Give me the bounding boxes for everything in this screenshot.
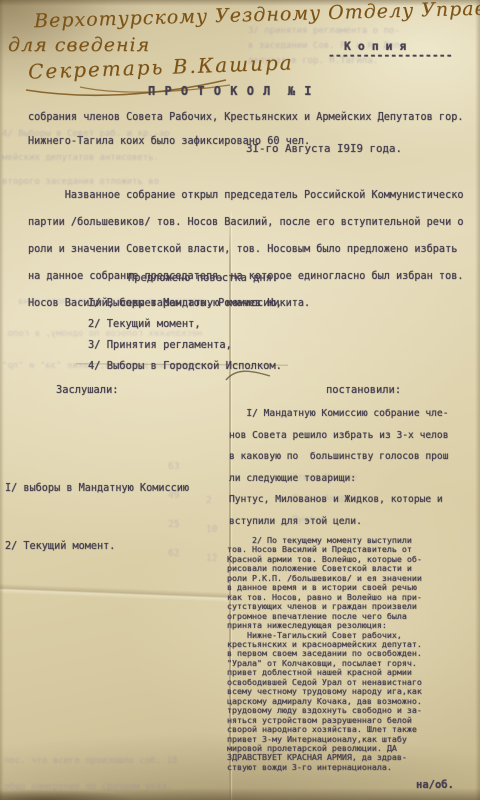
heard-item-1: I/ выборы в Мандатную Комиссию <box>5 483 189 494</box>
text-line: вступили для этой цели. <box>229 511 480 533</box>
pen-mark <box>224 366 276 384</box>
text-line: собрания членов Совета Рабочих, Крестьян… <box>28 106 463 130</box>
text-line: 3/ принятия регламента о по- <box>248 24 405 39</box>
bleed-through-numbers: 21012 <box>206 486 217 573</box>
agenda-heading: Предложено повестка дня: <box>128 272 278 284</box>
text-line: в каковую по большинству голосов прош <box>229 446 480 468</box>
text-line: 12 <box>206 544 217 573</box>
text-line: Пунтус, Милованов и Жидков, которые и <box>229 489 480 511</box>
text-line: ствуют вожди 3-го интернационала. <box>227 763 480 772</box>
resolution-1-text: I/ Мандатную Комиссию собрание чле-нов С… <box>229 403 480 532</box>
bleed-through-text: пос. что всего произошло соб. 18общо нам… <box>4 748 177 800</box>
text-line: Названное собрание открыл председатель Р… <box>28 182 480 209</box>
page-marker: на/об. <box>416 779 454 791</box>
agenda-list: I/ Выборы в Мандатную комиссию,2/ Текущи… <box>88 293 282 377</box>
handwritten-annotation-line-2: для сведенія <box>8 34 150 56</box>
text-line: 10 <box>206 515 217 544</box>
horizontal-crease <box>0 584 232 603</box>
text-line: нов Совета решило избрать из 3-х челов <box>229 425 480 447</box>
text-line: 2 <box>206 486 217 515</box>
text-line: 2/ Текущий момент, <box>88 314 282 335</box>
text-line: ли следующие товарищи: <box>229 468 480 490</box>
text-line: 25 <box>168 510 179 539</box>
text-line: роли и значении Советской власти, тов. Н… <box>28 236 480 263</box>
page-edge-left <box>0 0 4 800</box>
scanned-document-page: 3/ принятия регламента о по-в заседании … <box>0 0 480 800</box>
heard-item-2: 2/ Текущий момент. <box>5 541 115 552</box>
text-line: I/ Выборы в Мандатную комиссию, <box>88 293 282 314</box>
text-line: 62 <box>168 539 179 568</box>
heard-column-heading: Заслушали: <box>56 384 119 396</box>
resolved-column-heading: постановили: <box>326 384 401 396</box>
text-line: общо намерение по срочном указ. <box>4 774 177 800</box>
text-line: 3/ Принятия регламента, <box>88 335 282 356</box>
resolution-2-text: 2/ По текущему моменту выступилитов. Нос… <box>227 536 480 772</box>
text-line: партии /большевиков/ тов. Носов Василий,… <box>28 209 480 236</box>
text-line: I/ Мандатную Комиссию собрание чле- <box>229 403 480 425</box>
bleed-through-numbers: 63492562 <box>168 452 179 568</box>
text-line: пос. что всего произошло соб. 18 <box>4 748 177 774</box>
protocol-date: 3I-го Августа I9I9 года. <box>246 142 402 155</box>
copy-underline-dashes: ------------------ <box>328 48 453 62</box>
text-line: 63 <box>168 452 179 481</box>
protocol-title: П Р О Т О К О Л № I <box>148 84 313 98</box>
